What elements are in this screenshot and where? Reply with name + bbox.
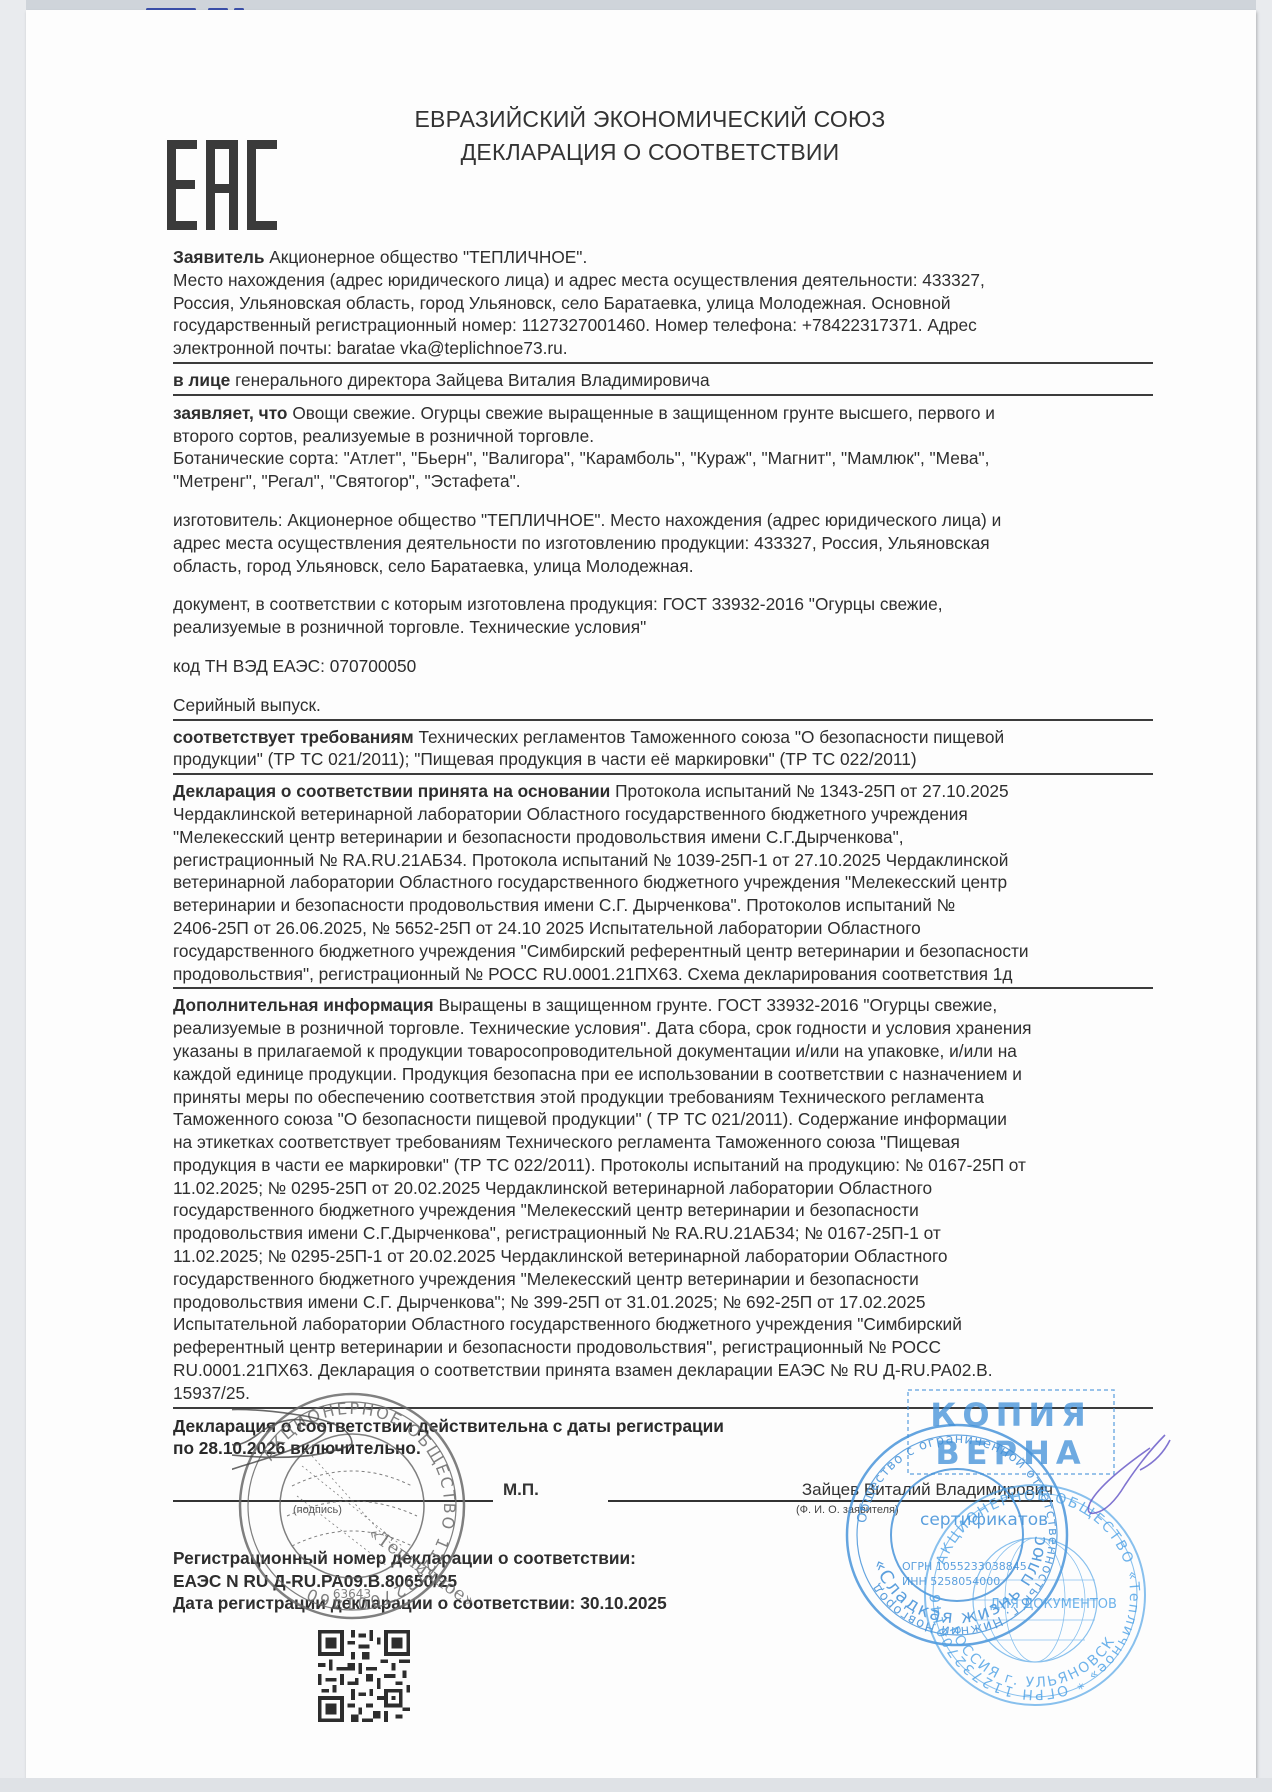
- additional-info-line: референтный центр ветеринарии и безопасн…: [173, 1336, 1153, 1359]
- additional-info-line: указаны в прилагаемой к продукции товаро…: [173, 1040, 1153, 1063]
- additional-info-line: приняты меры по обеспечению соответствия…: [173, 1086, 1153, 1109]
- additional-info-line: государственного бюджетного учреждения "…: [173, 1268, 1153, 1291]
- additional-info-line: каждой единице продукции. Продукция безо…: [173, 1063, 1153, 1086]
- additional-info-line: Таможенного союза "О безопасности пищево…: [173, 1108, 1153, 1131]
- applicant-address-line: государственный регистрационный номер: 1…: [173, 314, 1153, 337]
- manufacturer-section: изготовитель: Акционерное общество "ТЕПЛ…: [173, 507, 1153, 579]
- release-type: Серийный выпуск.: [173, 694, 1153, 717]
- declares-line: второго сортов, реализуемые в розничной …: [173, 425, 1153, 448]
- document-header: ЕВРАЗИЙСКИЙ ЭКОНОМИЧЕСКИЙ СОЮЗ ДЕКЛАРАЦИ…: [300, 103, 1000, 169]
- union-title: ЕВРАЗИЙСКИЙ ЭКОНОМИЧЕСКИЙ СОЮЗ: [300, 103, 1000, 136]
- basis-line: "Мелекесский центр ветеринарии и безопас…: [173, 826, 1153, 849]
- additional-info-line: государственного бюджетного учреждения "…: [173, 1199, 1153, 1222]
- release-type-section: Серийный выпуск.: [173, 692, 1153, 721]
- varieties-line: "Метренг", "Регал", "Святогор", "Эстафет…: [173, 470, 1153, 493]
- additional-info-line: RU.0001.21ПХ63. Декларация о соответстви…: [173, 1359, 1153, 1382]
- signature-line: [173, 1480, 493, 1502]
- basis-line: ветеринарии и безопасности продовольстви…: [173, 894, 1153, 917]
- qr-code-icon: [314, 1630, 414, 1722]
- additional-info-section: Дополнительная информация Выращены в защ…: [173, 992, 1153, 1408]
- seal-place-label: М.П.: [503, 1480, 539, 1500]
- compliance-label: соответствует требованиям: [173, 727, 414, 747]
- signer-caption: (Ф. И. О. заявителя): [796, 1504, 899, 1516]
- registration-block: Регистрационный номер декларации о соотв…: [173, 1547, 667, 1615]
- additional-info-line: 15937/25.: [173, 1382, 1153, 1405]
- signer-name: Зайцев Виталий Владимирович: [608, 1480, 1053, 1502]
- additional-info-line: продовольствия имени С.Г.Дырченкова", ре…: [173, 1222, 1153, 1245]
- additional-info-line: продовольствия имени С.Г. Дырченкова"; №…: [173, 1291, 1153, 1314]
- standard-doc-line: реализуемые в розничной торговле. Технич…: [173, 616, 1153, 639]
- standard-doc-section: документ, в соответствии с которым изгот…: [173, 591, 1153, 641]
- varieties-line: Ботанические сорта: "Атлет", "Бьерн", "В…: [173, 447, 1153, 470]
- declares-line: Овощи свежие. Огурцы свежие выращенные в…: [292, 403, 995, 423]
- document-body: Заявитель Акционерное общество "ТЕПЛИЧНО…: [173, 244, 1153, 1462]
- manufacturer-line: область, город Ульяновск, село Баратаевк…: [173, 555, 1153, 578]
- basis-line: ветеринарной лаборатории Областного госу…: [173, 871, 1153, 894]
- doc-title: ДЕКЛАРАЦИЯ О СООТВЕТСТВИИ: [300, 136, 1000, 169]
- manufacturer-line: изготовитель: Акционерное общество "ТЕПЛ…: [173, 509, 1153, 532]
- additional-info-line: 11.02.2025; № 0295-25П-1 от 20.02.2025 Ч…: [173, 1245, 1153, 1268]
- representative-section: в лице генерального директора Зайцева Ви…: [173, 367, 1153, 396]
- declares-section: заявляет, что Овощи свежие. Огурцы свежи…: [173, 400, 1153, 495]
- applicant-name: Акционерное общество "ТЕПЛИЧНОЕ".: [269, 247, 587, 267]
- applicant-address-line: Россия, Ульяновская область, город Ульян…: [173, 292, 1153, 315]
- hs-code: код ТН ВЭД ЕАЭС: 070700050: [173, 655, 1153, 678]
- hs-code-section: код ТН ВЭД ЕАЭС: 070700050: [173, 653, 1153, 680]
- applicant-section: Заявитель Акционерное общество "ТЕПЛИЧНО…: [173, 244, 1153, 364]
- basis-line: продовольствия", регистрационный № РОСС …: [173, 963, 1153, 986]
- compliance-section: соответствует требованиям Технических ре…: [173, 724, 1153, 776]
- basis-line: Чердаклинской ветеринарной лаборатории О…: [173, 803, 1153, 826]
- additional-info-line: 11.02.2025; № 0295-25П от 20.02.2025 Чер…: [173, 1177, 1153, 1200]
- basis-section: Декларация о соответствии принята на осн…: [173, 778, 1153, 989]
- standard-doc-line: документ, в соответствии с которым изгот…: [173, 593, 1153, 616]
- signature-caption: (подпись): [293, 1504, 342, 1516]
- eac-logo-icon: [165, 140, 285, 230]
- additional-info-line: на этикетках соответствует требованиям Т…: [173, 1131, 1153, 1154]
- basis-line: регистрационный № RA.RU.21АБ34. Протокол…: [173, 849, 1153, 872]
- manufacturer-line: адрес места осуществления деятельности п…: [173, 532, 1153, 555]
- registration-date: 30.10.2025: [580, 1593, 667, 1613]
- additional-info-line: Выращены в защищенном грунте. ГОСТ 33932…: [438, 995, 997, 1015]
- applicant-address-line: электронной почты: baratae vka@teplichno…: [173, 337, 1153, 360]
- applicant-address-line: Место нахождения (адрес юридического лиц…: [173, 269, 1153, 292]
- basis-label: Декларация о соответствии принята на осн…: [173, 781, 610, 801]
- basis-line: Протокола испытаний № 1343-25П от 27.10.…: [615, 781, 1009, 801]
- basis-line: государственного бюджетного учреждения "…: [173, 940, 1153, 963]
- signature-row: (подпись) М.П. Зайцев Виталий Владимиров…: [173, 1480, 1053, 1520]
- compliance-line: продукции" (ТР ТС 021/2011); "Пищевая пр…: [173, 748, 1153, 771]
- registration-number: ЕАЭС N RU Д-RU.PA09.B.80650/25: [173, 1570, 667, 1593]
- additional-info-line: продукция в части ее маркировки" (ТР ТС …: [173, 1154, 1153, 1177]
- additional-info-label: Дополнительная информация: [173, 995, 434, 1015]
- applicant-label: Заявитель: [173, 247, 264, 267]
- additional-info-line: реализуемые в розничной торговле. Технич…: [173, 1017, 1153, 1040]
- representative-text: генерального директора Зайцева Виталия В…: [235, 370, 710, 390]
- validity-line: по 28.10.2026 включительно.: [173, 1437, 1153, 1460]
- additional-info-line: Испытательной лаборатории Областного гос…: [173, 1313, 1153, 1336]
- scan-top-edge: [26, 0, 1256, 10]
- registration-date-label: Дата регистрации декларации о соответств…: [173, 1593, 575, 1613]
- validity-line: Декларация о соответствии действительна …: [173, 1415, 1153, 1438]
- registration-number-label: Регистрационный номер декларации о соотв…: [173, 1547, 667, 1570]
- validity-section: Декларация о соответствии действительна …: [173, 1413, 1153, 1462]
- declares-label: заявляет, что: [173, 403, 288, 423]
- representative-label: в лице: [173, 370, 230, 390]
- scan-bottom-edge: [0, 1778, 1272, 1792]
- compliance-line: Технических регламентов Таможенного союз…: [418, 727, 1004, 747]
- basis-line: 2406-25П от 26.06.2025, № 5652-25П от 24…: [173, 917, 1153, 940]
